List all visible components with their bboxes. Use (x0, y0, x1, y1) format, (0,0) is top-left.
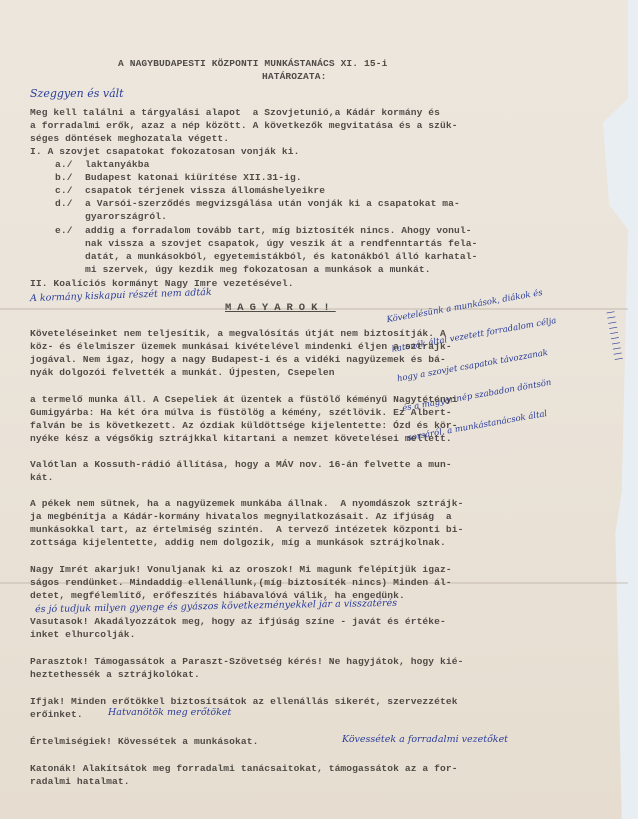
section-1-item-text: laktanyákba (85, 158, 149, 171)
section-1-heading: I. A szovjet csapatokat fokozatosan vonj… (30, 145, 299, 158)
paragraph-line: heztethessék a sztrájkolókat. (30, 668, 200, 681)
handwritten-note-p8: Hatvanötök meg erőtöket (108, 707, 231, 718)
section-1-item-text: Budapest katonai kiürítése XII.31-ig. (85, 171, 302, 184)
handwritten-note-top: Szeggyen és vált (30, 88, 124, 99)
section-1-item-label: c./ (55, 184, 73, 197)
intro-line: Meg kell találni a tárgyalási alapot a S… (30, 106, 440, 119)
paragraph-line: Valótlan a Kossuth-rádió állítása, hogy … (30, 458, 452, 471)
section-1-item-label: a./ (55, 158, 73, 171)
section-1-item-label: d./ (55, 197, 73, 210)
paragraph-line: zottsága kijelentette, addig nem dolgozi… (30, 536, 446, 549)
section-1-item-text-cont: gyarországról. (85, 210, 167, 223)
paragraph-line: inket elhurcolják. (30, 628, 135, 641)
section-1-item-text-cont: datát, a munkásokból, egyetemistákból, é… (85, 250, 477, 263)
handwritten-line: Követelésünk a munkások, diákok és (386, 286, 552, 325)
section-1-item-label: b./ (55, 171, 73, 184)
section-1-item-label: e./ (55, 224, 73, 237)
paragraph-line: Parasztok! Támogassátok a Paraszt-Szövet… (30, 655, 463, 668)
paragraph-line: nyéke kész a végsőkig sztrájkkal kitarta… (30, 432, 452, 445)
paragraph-line: nyák dolgozói felvették a munkát. Újpest… (30, 366, 335, 379)
paragraph-line: Nagy Imrét akarjuk! Vonuljanak ki az oro… (30, 563, 452, 576)
paragraph-line: Vasutasok! Akadályozzátok meg, hogy az i… (30, 615, 446, 628)
paragraph-line: munkásokkal tart, az értelmiség szintén.… (30, 523, 463, 536)
paragraph-line: Ifjak! Minden erőtökkel biztosítsátok az… (30, 695, 458, 708)
paragraph-line: Gumigyárba: Ha két óra múlva is füstölög… (30, 406, 452, 419)
paragraph-line: ságos rendünket. Mindaddig ellenállunk,(… (30, 576, 452, 589)
paragraph-line: a termelő munka áll. A Csepeliek át üzen… (30, 393, 458, 406)
paragraph-line: köz- és élelmiszer üzemek munkásai kivét… (30, 340, 452, 353)
section-1-item-text: csapatok térjenek vissza állomáshelyeikr… (85, 184, 325, 197)
section-1-item-text-cont: mi szervek, úgy kezdik meg fokozatosan a… (85, 263, 431, 276)
intro-line: séges döntések meghozatala végett. (30, 132, 229, 145)
magyarok-heading: MAGYAROK! (225, 302, 336, 315)
section-1-item-text-cont: nak vissza a szovjet csapatok, úgy veszi… (85, 237, 477, 250)
paragraph-line: kát. (30, 471, 53, 484)
paragraph-line: jogával. Nem igaz, hogy a nagy Budapest-… (30, 353, 446, 366)
paragraph-line: A pékek nem sütnek, ha a nagyüzemek munk… (30, 497, 463, 510)
paragraph-line: Értelmiségiek! Kövessétek a munkásokat. (30, 735, 258, 748)
document-subtitle: HATÁROZATA: (262, 70, 326, 83)
paragraph-line: radalmi hatalmat. (30, 775, 130, 788)
section-1-item-text: a Varsói-szerződés megvizsgálása után vo… (85, 197, 460, 210)
document-title: A NAGYBUDAPESTI KÖZPONTI MUNKÁSTANÁCS XI… (118, 57, 387, 70)
paragraph-line: Követeléseinket nem teljesítik, a megval… (30, 327, 446, 340)
paragraph-line: falván be is következett. Az ózdiak küld… (30, 419, 458, 432)
intro-line: a forradalmi erők, azaz a nép között. A … (30, 119, 458, 132)
paragraph-line: Katonák! Alakítsátok meg forradalmi taná… (30, 762, 458, 775)
paragraph-line: ja megbénítja a Kádár-kormány hivatalos … (30, 510, 452, 523)
handwritten-note-p9: Kövessétek a forradalmi vezetőket (342, 734, 508, 745)
section-1-item-text: addig a forradalom tovább tart, míg bizt… (85, 224, 472, 237)
paragraph-line: erőinket. (30, 708, 83, 721)
